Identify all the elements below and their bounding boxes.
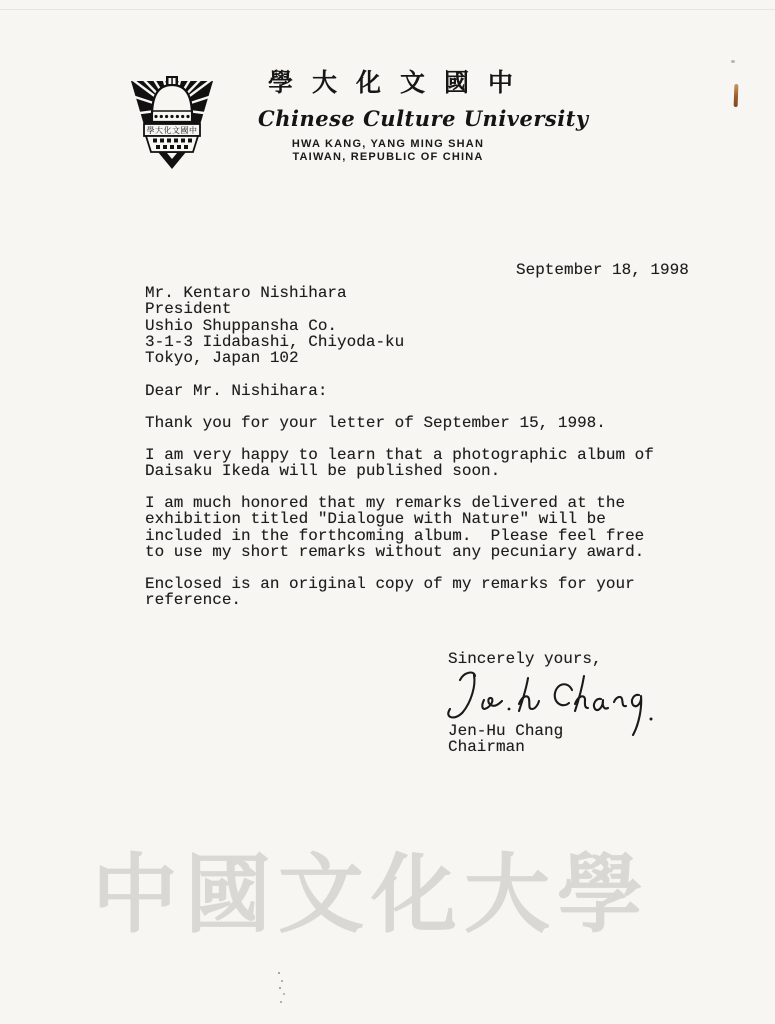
watermark-text: 中國文化大學	[92, 845, 692, 945]
recipient-address: Mr. Kentaro Nishihara President Ushio Sh…	[145, 285, 404, 366]
university-name-zh: 學大化文國中	[268, 68, 518, 98]
recipient-line: Tokyo, Japan 102	[145, 349, 299, 367]
letterhead: 學大化文國中 學大化文國中 Chinese Culture University…	[0, 0, 775, 200]
body-paragraph-4: Enclosed is an original copy of my remar…	[145, 576, 635, 609]
speckle-marks	[278, 972, 280, 974]
university-emblem-icon: 學大化文國中	[127, 75, 217, 171]
recipient-line: Ushio Shuppansha Co.	[145, 317, 337, 335]
letterhead-address-line2: TAIWAN, REPUBLIC OF CHINA	[258, 151, 518, 164]
letter-date: September 18, 1998	[516, 262, 689, 278]
body-paragraph-1: Thank you for your letter of September 1…	[145, 415, 606, 431]
recipient-line: President	[145, 300, 231, 318]
stain-dot	[731, 60, 735, 63]
letterhead-address-line1: HWA KANG, YANG MING SHAN	[258, 138, 518, 151]
recipient-line: Mr. Kentaro Nishihara	[145, 284, 347, 302]
handwritten-signature-icon	[440, 664, 662, 744]
stain-mark	[734, 84, 739, 107]
university-name-en: Chinese Culture University	[258, 107, 518, 131]
body-paragraph-3: I am much honored that my remarks delive…	[145, 495, 644, 560]
letter-page: 學大化文國中 學大化文國中 Chinese Culture University…	[0, 0, 775, 1024]
salutation: Dear Mr. Nishihara:	[145, 383, 327, 399]
emblem-banner-text: 學大化文國中	[147, 125, 198, 135]
body-paragraph-2: I am very happy to learn that a photogra…	[145, 447, 654, 480]
letterhead-text: 學大化文國中 Chinese Culture University HWA KA…	[258, 68, 518, 163]
recipient-line: 3-1-3 Iidabashi, Chiyoda-ku	[145, 333, 404, 351]
